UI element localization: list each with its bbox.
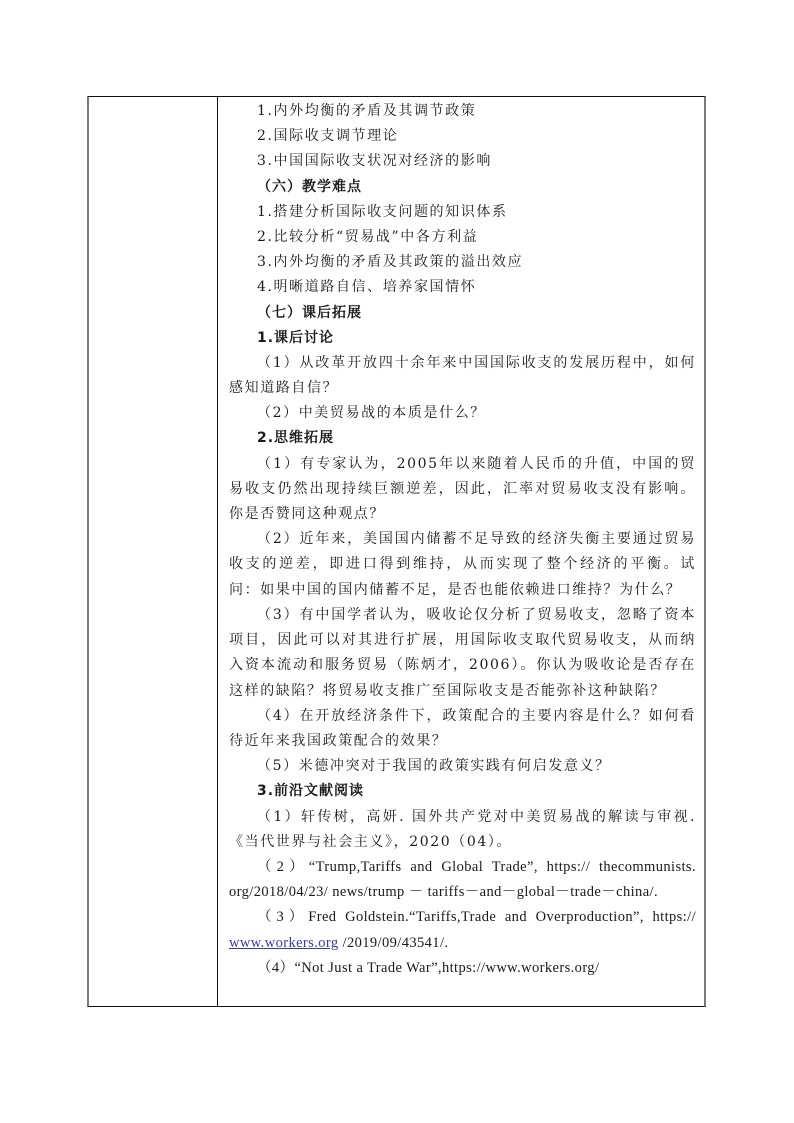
subheading-thinking: 2.思维拓展 xyxy=(229,426,696,451)
reading-reference: （1）轩传树，高妍. 国外共产党对中美贸易战的解读与审视.《当代世界与社会主义》… xyxy=(229,805,696,855)
reading-reference: （3）Fred Goldstein.“Tariffs,Trade and Ove… xyxy=(229,905,696,955)
thinking-question: （2）近年来，美国国内储蓄不足导致的经济失衡主要通过贸易收支的逆差，即进口得到维… xyxy=(229,527,696,603)
table-left-column xyxy=(89,97,218,1006)
content-table: 1.内外均衡的矛盾及其调节政策 2.国际收支调节理论 3.中国国际收支状况对经济… xyxy=(87,96,706,1007)
workers-org-link[interactable]: www.workers.org xyxy=(229,935,339,951)
reading-suffix: /2019/09/43541/. xyxy=(339,935,449,951)
difficulty-item: 3.内外均衡的矛盾及其政策的溢出效应 xyxy=(229,250,696,275)
subheading-discussion: 1.课后讨论 xyxy=(229,326,696,351)
section-heading-difficulties: （六）教学难点 xyxy=(229,175,696,200)
reading-reference: （4）“Not Just a Trade War”,https://www.wo… xyxy=(229,956,696,981)
section-heading-extension: （七）课后拓展 xyxy=(229,301,696,326)
difficulty-item: 2.比较分析“贸易战”中各方利益 xyxy=(229,225,696,250)
difficulty-item: 1.搭建分析国际收支问题的知识体系 xyxy=(229,200,696,225)
table-right-column: 1.内外均衡的矛盾及其调节政策 2.国际收支调节理论 3.中国国际收支状况对经济… xyxy=(219,97,704,1006)
subheading-readings: 3.前沿文献阅读 xyxy=(229,779,696,804)
reading-prefix: （3）Fred Goldstein.“Tariffs,Trade and Ove… xyxy=(257,909,696,925)
reading-reference: （2）“Trump,Tariffs and Global Trade”, htt… xyxy=(229,855,696,905)
discussion-question: （2）中美贸易战的本质是什么？ xyxy=(229,401,696,426)
key-point: 2.国际收支调节理论 xyxy=(229,124,696,149)
thinking-question: （4）在开放经济条件下，政策配合的主要内容是什么？如何看待近年来我国政策配合的效… xyxy=(229,704,696,754)
key-point: 3.中国国际收支状况对经济的影响 xyxy=(229,149,696,174)
key-point: 1.内外均衡的矛盾及其调节政策 xyxy=(229,99,696,124)
thinking-question: （3）有中国学者认为，吸收论仅分析了贸易收支，忽略了资本项目，因此可以对其进行扩… xyxy=(229,603,696,704)
difficulty-item: 4.明晰道路自信、培养家国情怀 xyxy=(229,275,696,300)
thinking-question: （5）米德冲突对于我国的政策实践有何启发意义？ xyxy=(229,754,696,779)
discussion-question: （1）从改革开放四十余年来中国国际收支的发展历程中，如何感知道路自信？ xyxy=(229,351,696,401)
thinking-question: （1）有专家认为，2005年以来随着人民币的升值，中国的贸易收支仍然出现持续巨额… xyxy=(229,452,696,528)
